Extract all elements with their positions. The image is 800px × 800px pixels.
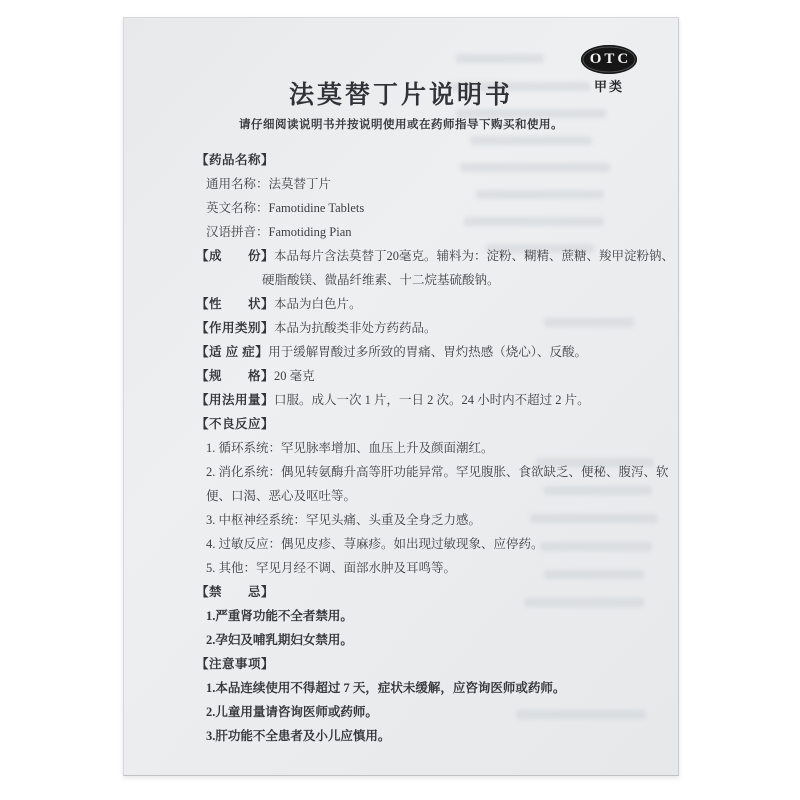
- leaflet-line: 通用名称：法莫替丁片: [196, 172, 678, 196]
- line-text: 1. 循环系统：罕见脉率增加、血压上升及颜面潮红。: [206, 441, 494, 455]
- line-text: 硬脂酸镁、微晶纤维素、十二烷基硫酸钠。: [262, 273, 500, 287]
- line-text: 用于缓解胃酸过多所致的胃痛、胃灼热感（烧心）、反酸。: [268, 345, 587, 359]
- section-label: 【禁 忌】: [196, 585, 274, 599]
- leaflet-line: 【不良反应】: [196, 412, 678, 436]
- line-text: 2. 消化系统：偶见转氨酶升高等肝功能异常。罕见腹胀、食欲缺乏、便秘、腹泻、软: [206, 465, 669, 479]
- leaflet-line: 1. 循环系统：罕见脉率增加、血压上升及颜面潮红。: [196, 436, 678, 460]
- leaflet-line: 4. 过敏反应：偶见皮疹、荨麻疹。如出现过敏现象、应停药。: [196, 532, 678, 556]
- line-text: 英文名称：Famotidine Tablets: [206, 201, 364, 215]
- line-text: 本品为白色片。: [274, 297, 362, 311]
- leaflet-line: 【适 应 症】用于缓解胃酸过多所致的胃痛、胃灼热感（烧心）、反酸。: [196, 340, 678, 364]
- leaflet-line: 【成 份】本品每片含法莫替丁20毫克。辅料为：淀粉、糊精、蔗糖、羧甲淀粉钠、: [196, 244, 678, 268]
- leaflet-line: 便、口渴、恶心及呕吐等。: [196, 484, 678, 508]
- line-text: 4. 过敏反应：偶见皮疹、荨麻疹。如出现过敏现象、应停药。: [206, 537, 544, 551]
- leaflet-line: 3.肝功能不全患者及小儿应慎用。: [196, 724, 678, 748]
- leaflet-line: 3. 中枢神经系统：罕见头痛、头重及全身乏力感。: [196, 508, 678, 532]
- section-label: 【成 份】: [196, 249, 274, 263]
- line-text: 通用名称：法莫替丁片: [206, 177, 331, 191]
- section-label: 【适 应 症】: [196, 345, 268, 359]
- section-label: 【性 状】: [196, 297, 274, 311]
- line-text: 本品每片含法莫替丁20毫克。辅料为：淀粉、糊精、蔗糖、羧甲淀粉钠、: [274, 249, 674, 263]
- leaflet-line: 2.儿童用量请咨询医师或药师。: [196, 700, 678, 724]
- leaflet-line: 【药品名称】: [196, 148, 678, 172]
- line-text: 20 毫克: [274, 369, 315, 383]
- bleed-through-ghost: [470, 136, 592, 145]
- line-text: 口服。成人一次 1 片，一日 2 次。24 小时内不超过 2 片。: [274, 393, 590, 407]
- leaflet-line: 硬脂酸镁、微晶纤维素、十二烷基硫酸钠。: [196, 268, 678, 292]
- line-text: 本品为抗酸类非处方药药品。: [274, 321, 437, 335]
- line-text: 5. 其他：罕见月经不调、面部水肿及耳鸣等。: [206, 561, 456, 575]
- section-label: 【注意事项】: [196, 657, 274, 671]
- leaflet-line: 2. 消化系统：偶见转氨酶升高等肝功能异常。罕见腹胀、食欲缺乏、便秘、腹泻、软: [196, 460, 678, 484]
- line-text: 2.孕妇及哺乳期妇女禁用。: [206, 633, 353, 647]
- line-text: 便、口渴、恶心及呕吐等。: [206, 489, 356, 503]
- section-label: 【不良反应】: [196, 417, 274, 431]
- leaflet-line: 5. 其他：罕见月经不调、面部水肿及耳鸣等。: [196, 556, 678, 580]
- line-text: 3. 中枢神经系统：罕见头痛、头重及全身乏力感。: [206, 513, 481, 527]
- section-label: 【用法用量】: [196, 393, 274, 407]
- leaflet-line: 【用法用量】口服。成人一次 1 片，一日 2 次。24 小时内不超过 2 片。: [196, 388, 678, 412]
- section-label: 【规 格】: [196, 369, 274, 383]
- leaflet-line: 【作用类别】本品为抗酸类非处方药药品。: [196, 316, 678, 340]
- leaflet-title: 法莫替丁片说明书: [124, 75, 678, 111]
- leaflet-line: 【注意事项】: [196, 652, 678, 676]
- section-label: 【作用类别】: [196, 321, 274, 335]
- leaflet-line: 1.本品连续使用不得超过 7 天，症状未缓解，应咨询医师或药师。: [196, 676, 678, 700]
- leaflet-line: 英文名称：Famotidine Tablets: [196, 196, 678, 220]
- bleed-through-ghost: [456, 54, 544, 63]
- otc-logo: OTC: [581, 45, 637, 74]
- usage-notice: 请仔细阅读说明书并按说明使用或在药师指导下购买和使用。: [124, 116, 678, 132]
- line-text: 1.本品连续使用不得超过 7 天，症状未缓解，应咨询医师或药师。: [206, 681, 565, 695]
- leaflet-body: 【药品名称】 通用名称：法莫替丁片 英文名称：Famotidine Tablet…: [196, 148, 678, 748]
- line-text: 汉语拼音：Famotiding Pian: [206, 225, 352, 239]
- leaflet-line: 2.孕妇及哺乳期妇女禁用。: [196, 628, 678, 652]
- photo-stage: OTC 甲类 法莫替丁片说明书 请仔细阅读说明书并按说明使用或在药师指导下购买和…: [0, 0, 800, 800]
- leaflet-line: 【规 格】20 毫克: [196, 364, 678, 388]
- section-label: 【药品名称】: [196, 153, 274, 167]
- leaflet-line: 【禁 忌】: [196, 580, 678, 604]
- leaflet-paper: OTC 甲类 法莫替丁片说明书 请仔细阅读说明书并按说明使用或在药师指导下购买和…: [123, 17, 679, 776]
- line-text: 2.儿童用量请咨询医师或药师。: [206, 705, 378, 719]
- leaflet-line: 【性 状】本品为白色片。: [196, 292, 678, 316]
- line-text: 3.肝功能不全患者及小儿应慎用。: [206, 729, 390, 743]
- leaflet-line: 1.严重肾功能不全者禁用。: [196, 604, 678, 628]
- leaflet-line: 汉语拼音：Famotiding Pian: [196, 220, 678, 244]
- line-text: 1.严重肾功能不全者禁用。: [206, 609, 353, 623]
